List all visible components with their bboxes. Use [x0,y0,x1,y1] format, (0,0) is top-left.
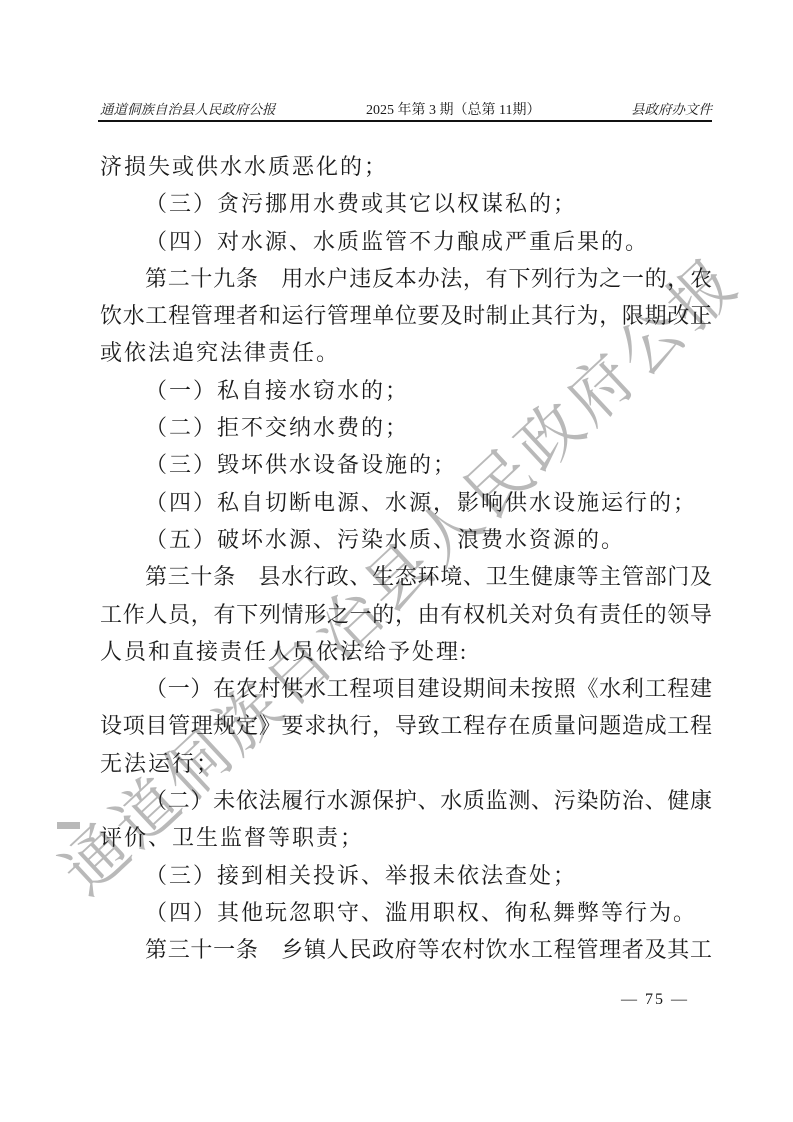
body-text: 济损失或供水水质恶化的；（三）贪污挪用水费或其它以权谋私的；（四）对水源、水质监… [100,148,712,969]
text-line: 第二十九条 用水户违反本办法，有下列行为之一的，农村 [100,260,712,297]
header-section-label: 县政府办文件 [631,98,712,118]
text-line: 第三十一条 乡镇人民政府等农村饮水工程管理者及其工 [100,931,712,968]
page-header: 通道侗族自治县人民政府公报 2025 年第 3 期（总第 11期） 县政府办文件 [100,98,712,119]
text-line: （三）贪污挪用水费或其它以权谋私的； [100,185,712,222]
watermark-dash [57,822,80,829]
text-line: 第三十条 县水行政、生态环境、卫生健康等主管部门及其 [100,558,712,595]
gazette-page: 通道侗族自治县人民政府公报 通道侗族自治县人民政府公报 2025 年第 3 期（… [0,0,793,1122]
text-line: （二）拒不交纳水费的； [100,409,712,446]
text-line: 工作人员，有下列情形之一的，由有权机关对负有责任的领导 [100,596,712,633]
text-line: （四）私自切断电源、水源，影响供水设施运行的； [100,484,712,521]
text-line: （一）在农村供水工程项目建设期间未按照《水利工程建 [100,670,712,707]
text-line: （一）私自接水窃水的； [100,372,712,409]
text-line: 设项目管理规定》要求执行，导致工程存在质量问题造成工程 [100,707,712,744]
text-line: 人员和直接责任人员依法给予处理: [100,633,712,670]
text-line: （四）对水源、水质监管不力酿成严重后果的。 [100,223,712,260]
text-line: 饮水工程管理者和运行管理单位要及时制止其行为，限期改正 [100,297,712,334]
text-line: （三）接到相关投诉、举报未依法查处； [100,857,712,894]
text-line: 无法运行； [100,745,712,782]
text-line: （四）其他玩忽职守、滥用职权、徇私舞弊等行为。 [100,894,712,931]
text-line: （三）毁坏供水设备设施的； [100,446,712,483]
header-divider-rule [98,120,712,122]
text-line: （五）破坏水源、污染水质、浪费水资源的。 [100,521,712,558]
text-line: 济损失或供水水质恶化的； [100,148,712,185]
header-publication-title: 通道侗族自治县人民政府公报 [100,98,276,118]
page-number: — 75 — [621,991,689,1009]
header-issue-info: 2025 年第 3 期（总第 11期） [366,99,540,119]
text-line: 或依法追究法律责任。 [100,334,712,371]
text-line: （二）未依法履行水源保护、水质监测、污染防治、健康 [100,782,712,819]
text-line: 评价、卫生监督等职责； [100,819,712,856]
